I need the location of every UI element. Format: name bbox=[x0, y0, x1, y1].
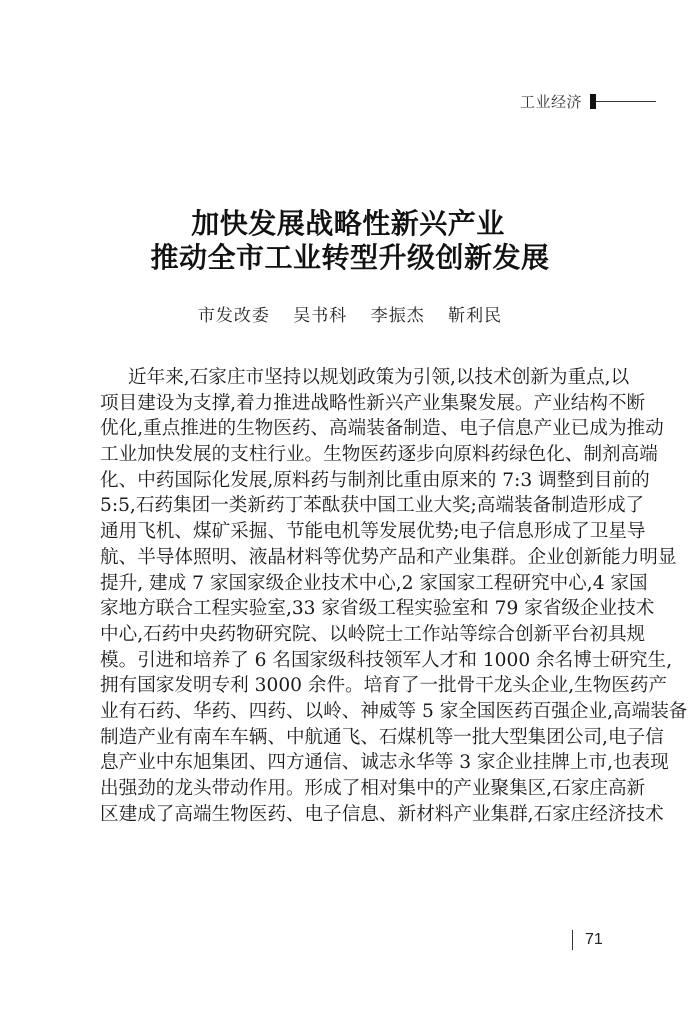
text-line: 近年来,石家庄市坚持以规划政策为引领,以技术创新为重点,以 bbox=[100, 365, 600, 391]
text-line: 中心,石药中央药物研究院、以岭院士工作站等综合创新平台初具规 bbox=[100, 622, 600, 648]
text-line: 通用飞机、煤矿采掘、节能电机等发展优势;电子信息形成了卫星导 bbox=[100, 519, 600, 545]
text-line: 化、中药国际化发展,原料药与制剂比重由原来的 7:3 调整到目前的 bbox=[100, 468, 600, 494]
author: 吴书科 bbox=[293, 306, 347, 326]
text-line: 工业加快发展的支柱行业。生物医药逐步向原料药绿色化、制剂高端 bbox=[100, 442, 600, 468]
text-line: 制造产业有南车车辆、中航通飞、石煤机等一批大型集团公司,电子信 bbox=[100, 725, 600, 751]
author-org: 市发改委 bbox=[198, 306, 270, 326]
text-line: 出强劲的龙头带动作用。形成了相对集中的产业聚集区,石家庄高新 bbox=[100, 776, 600, 802]
page-footer: 71 bbox=[572, 930, 603, 950]
text-line: 优化,重点推进的生物医药、高端装备制造、电子信息产业已成为推动 bbox=[100, 416, 600, 442]
text-line: 提升, 建成 7 家国家级企业技术中心,2 家国家工程研究中心,4 家国 bbox=[100, 571, 600, 597]
page-number: 71 bbox=[585, 931, 603, 949]
text-line: 业有石药、华药、四药、以岭、神威等 5 家全国医药百强企业,高端装备 bbox=[100, 699, 600, 725]
text-line: 区建成了高端生物医药、电子信息、新材料产业集群,石家庄经济技术 bbox=[100, 802, 600, 828]
folio-rule bbox=[572, 930, 573, 950]
text-line: 项目建设为支撑,着力推进战略性新兴产业集聚发展。产业结构不断 bbox=[100, 391, 600, 417]
text-line: 5:5,石药集团一类新药丁苯酞获中国工业大奖;高端装备制造形成了 bbox=[100, 493, 600, 519]
author: 靳利民 bbox=[448, 306, 502, 326]
section-rule bbox=[596, 101, 656, 102]
text-line: 航、半导体照明、液晶材料等优势产品和产业集群。企业创新能力明显 bbox=[100, 545, 600, 571]
text-line: 模。引进和培养了 6 名国家级科技领军人才和 1000 余名博士研究生, bbox=[100, 648, 600, 674]
section-label: 工业经济 bbox=[520, 91, 582, 112]
body-paragraph: 近年来,石家庄市坚持以规划政策为引领,以技术创新为重点,以 项目建设为支撑,着力… bbox=[100, 365, 600, 827]
text-line: 拥有国家发明专利 3000 余件。培育了一批骨干龙头企业,生物医药产 bbox=[100, 673, 600, 699]
running-head: 工业经济 bbox=[520, 90, 656, 112]
text-line: 家地方联合工程实验室,33 家省级工程实验室和 79 家省级企业技术 bbox=[100, 596, 600, 622]
article-title-line-2: 推动全市工业转型升级创新发展 bbox=[0, 236, 700, 276]
text-line: 息产业中东旭集团、四方通信、诚志永华等 3 家企业挂牌上市,也表现 bbox=[100, 750, 600, 776]
byline: 市发改委 吴书科 李振杰 靳利民 bbox=[0, 301, 700, 326]
author: 李振杰 bbox=[371, 306, 425, 326]
